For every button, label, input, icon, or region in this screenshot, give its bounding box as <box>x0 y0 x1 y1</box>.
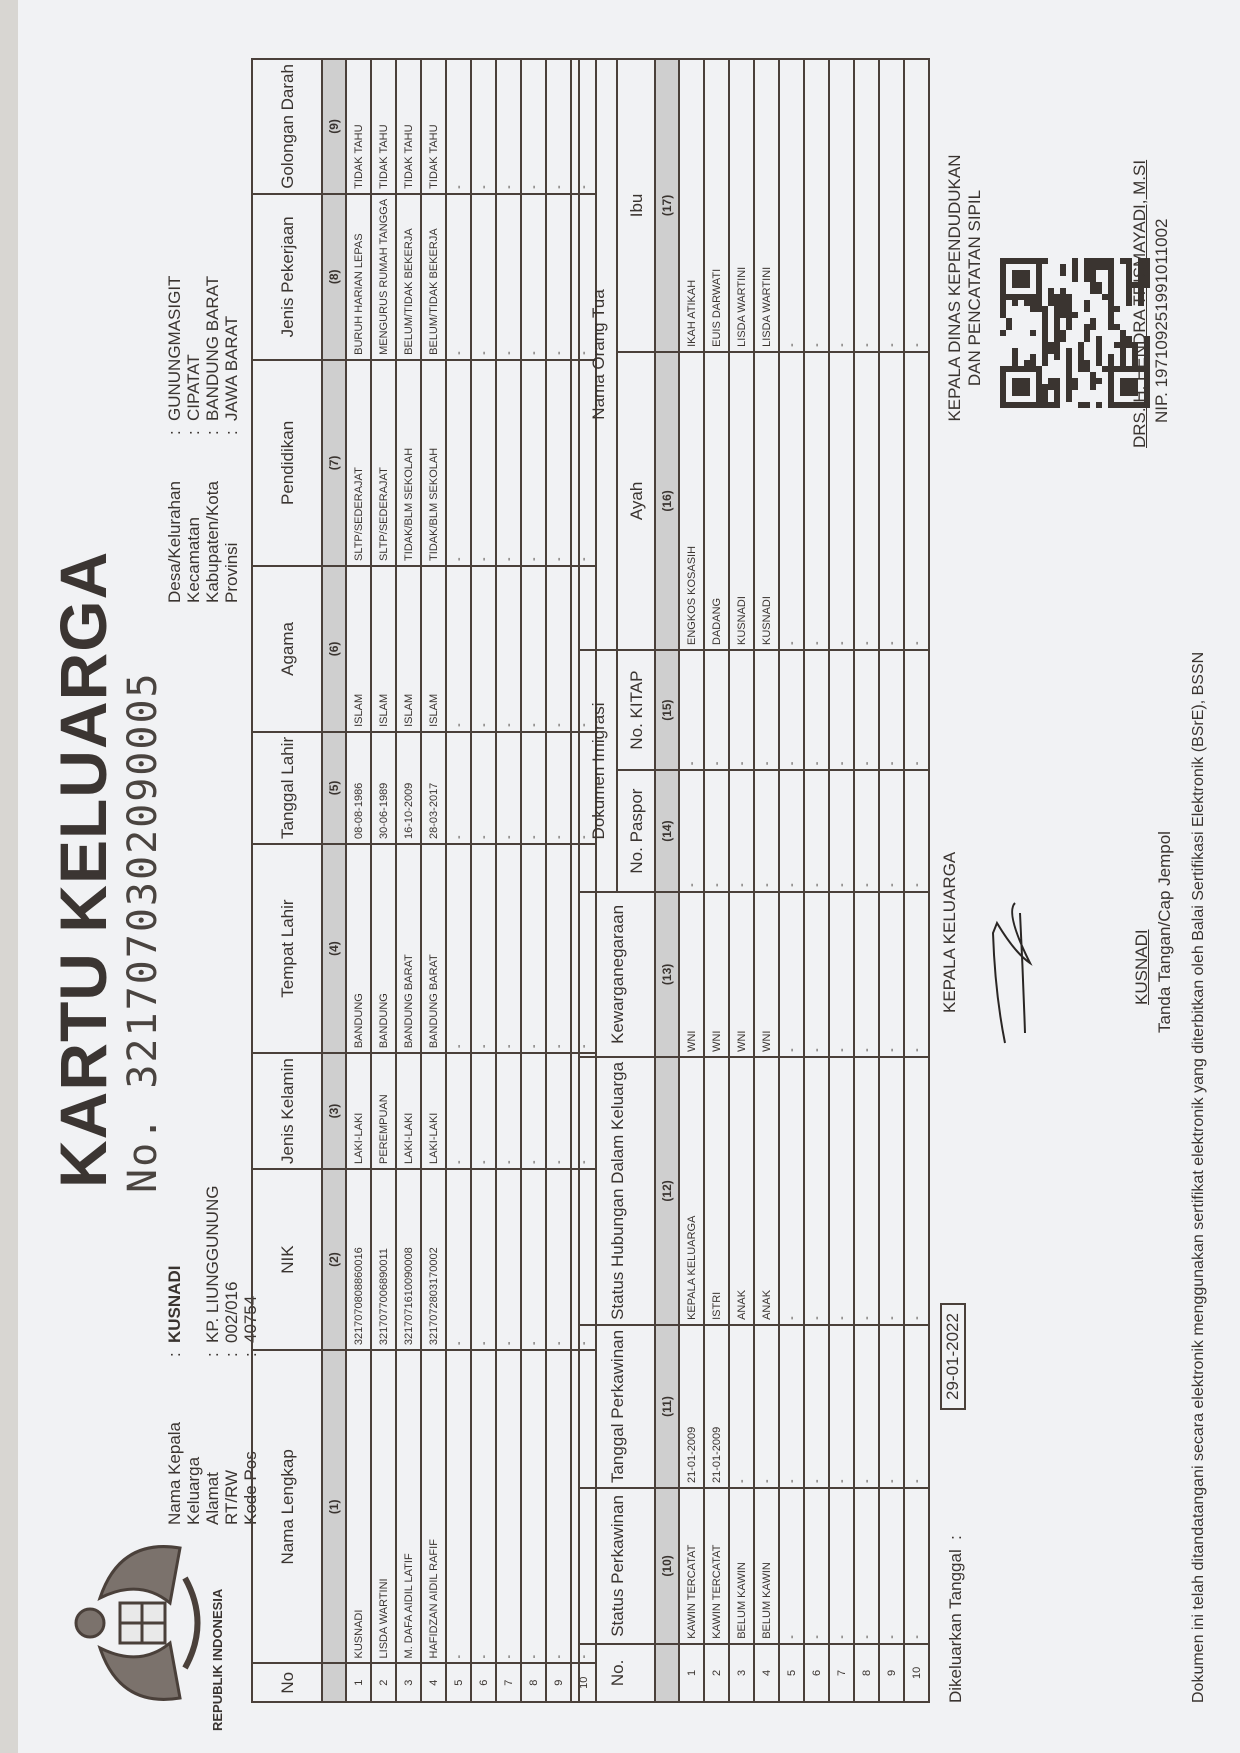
table-row: 1KUSNADI3217070808860016LAKI-LAKIBANDUNG… <box>346 59 371 1702</box>
table-cell: - <box>471 1053 496 1169</box>
table-cell: - <box>829 770 854 892</box>
table-cell: - <box>471 1169 496 1350</box>
table-cell: BANDUNG BARAT <box>396 844 421 1053</box>
table-row: 5--------- <box>446 59 471 1702</box>
family-members-table: NoNama LengkapNIKJenis KelaminTempat Lah… <box>251 58 597 1703</box>
col-header: Tanggal Perkawinan <box>579 1325 655 1488</box>
table-row: 3BELUM KAWIN-ANAKWNI--KUSNADILISDA WARTI… <box>729 59 754 1702</box>
info-row: Provinsi:JAWA BARAT <box>222 276 241 603</box>
table-cell: - <box>496 566 521 732</box>
table-cell: 6 <box>471 1663 496 1702</box>
table-cell: - <box>779 770 804 892</box>
table-cell: 7 <box>829 1644 854 1702</box>
head-sign-note: Tanda Tangan/Cap Jempol <box>1155 831 1175 1033</box>
head-of-family-title: KEPALA KELUARGA <box>940 852 960 1013</box>
table-cell: - <box>471 194 496 360</box>
col-number: (8) <box>322 194 346 360</box>
table-cell: - <box>804 892 829 1057</box>
table-cell: - <box>546 360 571 566</box>
table-cell: - <box>829 650 854 770</box>
info-label: Alamat <box>203 1357 222 1525</box>
table-cell: - <box>854 59 879 352</box>
table-cell: - <box>804 59 829 352</box>
table-row: 8--------- <box>521 59 546 1702</box>
table-cell: LISDA WARTINI <box>371 1350 396 1663</box>
e-signature-disclaimer: Dokumen ini telah ditandatangani secara … <box>1190 652 1208 1703</box>
table-cell: BELUM/TIDAK BEKERJA <box>421 194 446 360</box>
info-value: 002/016 <box>222 1282 241 1343</box>
page-title: KARTU KELUARGA <box>45 551 121 1188</box>
table-cell: - <box>446 1169 471 1350</box>
table-cell: - <box>779 892 804 1057</box>
table-cell: KEPALA KELUARGA <box>679 1057 704 1325</box>
table-row: 9-------- <box>879 59 904 1702</box>
table-cell: - <box>879 1325 904 1488</box>
info-label: Provinsi <box>222 435 241 603</box>
table-row: 7--------- <box>496 59 521 1702</box>
table-cell: - <box>546 732 571 844</box>
table-cell: - <box>471 566 496 732</box>
table-cell: - <box>446 360 471 566</box>
table-cell: WNI <box>729 892 754 1057</box>
col-number: (2) <box>322 1169 346 1350</box>
issued-date-label: Dikeluarkan Tanggal : <box>946 1535 966 1703</box>
table-cell: - <box>546 59 571 194</box>
table-cell: - <box>829 1488 854 1644</box>
info-colon: : <box>203 421 222 435</box>
col-number: (6) <box>322 566 346 732</box>
col-number: (16) <box>655 352 679 650</box>
col-header: Pendidikan <box>252 360 322 566</box>
table-cell: WNI <box>754 892 779 1057</box>
country-label: REPUBLIK INDONESIA <box>210 1589 225 1731</box>
table-row: 5-------- <box>779 59 804 1702</box>
col-header: NIK <box>252 1169 322 1350</box>
table-cell: - <box>446 194 471 360</box>
col-header: No. KITAP <box>617 650 655 770</box>
table-cell: - <box>471 732 496 844</box>
table-cell: - <box>546 1053 571 1169</box>
info-label: Nama Kepala Keluarga <box>165 1357 203 1525</box>
table-cell: - <box>854 650 879 770</box>
table-cell: BANDUNG BARAT <box>421 844 446 1053</box>
info-colon: : <box>203 1343 222 1357</box>
info-colon: : <box>165 421 184 435</box>
table-cell: MENGURUS RUMAH TANGGA <box>371 194 396 360</box>
table-cell: - <box>446 1350 471 1663</box>
table-cell: 28-03-2017 <box>421 732 446 844</box>
table-row: 4HAFIDZAN AIDIL RAFIF3217072803170002LAK… <box>421 59 446 1702</box>
table-cell: - <box>521 1053 546 1169</box>
table-cell: - <box>879 650 904 770</box>
info-colon: : <box>222 421 241 435</box>
table-cell: 7 <box>496 1663 521 1702</box>
table-cell: - <box>779 1325 804 1488</box>
table-cell: - <box>704 650 729 770</box>
table-cell: TIDAK TAHU <box>371 59 396 194</box>
info-row: Alamat:KP. LIUNGGUNUNG <box>203 1186 222 1525</box>
table-cell: - <box>904 1488 929 1644</box>
table-cell: - <box>496 844 521 1053</box>
table-cell: 3217071610090008 <box>396 1169 421 1350</box>
garuda-emblem-icon <box>60 1508 220 1738</box>
table-cell: 9 <box>879 1644 904 1702</box>
info-row: Kabupaten/Kota:BANDUNG BARAT <box>203 276 222 603</box>
table-cell: - <box>496 732 521 844</box>
table-cell: KUSNADI <box>729 352 754 650</box>
table-cell: LISDA WARTINI <box>754 59 779 352</box>
table-cell: - <box>804 1057 829 1325</box>
col-header: Golongan Darah <box>252 59 322 194</box>
col-number: (12) <box>655 1057 679 1325</box>
table-cell: - <box>521 360 546 566</box>
table-cell: KAWIN TERCATAT <box>704 1488 729 1644</box>
table-cell: - <box>904 1325 929 1488</box>
table-cell: - <box>904 352 929 650</box>
col-header: No <box>252 1663 322 1702</box>
table-cell: HAFIDZAN AIDIL RAFIF <box>421 1350 446 1663</box>
table-cell: - <box>471 360 496 566</box>
col-header: Jenis Kelamin <box>252 1053 322 1169</box>
table-cell: - <box>496 1350 521 1663</box>
table-cell: SLTP/SEDERAJAT <box>371 360 396 566</box>
table-cell: - <box>854 1325 879 1488</box>
table-cell: - <box>879 1488 904 1644</box>
table-cell: - <box>446 844 471 1053</box>
table-cell: - <box>704 770 729 892</box>
table-cell: BELUM KAWIN <box>754 1488 779 1644</box>
col-number: (9) <box>322 59 346 194</box>
table-row: 10-------- <box>904 59 929 1702</box>
table-cell: - <box>879 892 904 1057</box>
col-number: (10) <box>655 1488 679 1644</box>
table-cell: 16-10-2009 <box>396 732 421 844</box>
table-cell: 6 <box>804 1644 829 1702</box>
table-cell: - <box>879 59 904 352</box>
family-status-table: No. Status Perkawinan Tanggal Perkawinan… <box>578 58 930 1703</box>
info-row: Nama Kepala Keluarga:KUSNADI <box>165 1186 203 1525</box>
table-cell: 3217070808860016 <box>346 1169 371 1350</box>
table-cell: - <box>754 650 779 770</box>
table-cell: 21-01-2009 <box>679 1325 704 1488</box>
info-row: RT/RW:002/016 <box>222 1186 241 1525</box>
col-header: Tempat Lahir <box>252 844 322 1053</box>
table-cell: 21-01-2009 <box>704 1325 729 1488</box>
table-cell: 3 <box>396 1663 421 1702</box>
table-row: 3M. DAFA AIDIL LATIF3217071610090008LAKI… <box>396 59 421 1702</box>
table-cell: ANAK <box>729 1057 754 1325</box>
table-cell: - <box>779 59 804 352</box>
table-cell: - <box>854 892 879 1057</box>
table-cell: - <box>521 844 546 1053</box>
official-nip: NIP. 197109251991011002 <box>1152 218 1172 423</box>
table-cell: - <box>904 892 929 1057</box>
table-cell: - <box>679 770 704 892</box>
table-cell: - <box>804 352 829 650</box>
table-cell: 2 <box>704 1644 729 1702</box>
table-cell: TIDAK/BLM SEKOLAH <box>396 360 421 566</box>
table-cell: 3217077006890011 <box>371 1169 396 1350</box>
table-cell: M. DAFA AIDIL LATIF <box>396 1350 421 1663</box>
table-cell: ISTRI <box>704 1057 729 1325</box>
table-cell: 30-06-1989 <box>371 732 396 844</box>
household-info-right: Desa/Kelurahan:GUNUNGMASIGITKecamatan:CI… <box>165 276 241 603</box>
table-cell: - <box>879 352 904 650</box>
info-label: Kecamatan <box>184 435 203 603</box>
table-cell: - <box>521 194 546 360</box>
table-cell: ISLAM <box>396 566 421 732</box>
table-cell: IKAH ATIKAH <box>679 59 704 352</box>
head-of-family-name: KUSNADI <box>1132 929 1152 1005</box>
info-colon: : <box>165 1343 203 1357</box>
col-number: (5) <box>322 732 346 844</box>
kk-number: No. 3217070302090005 <box>120 671 166 1193</box>
table-cell: - <box>446 566 471 732</box>
table-row: 8-------- <box>854 59 879 1702</box>
table-cell: 5 <box>446 1663 471 1702</box>
table-cell: - <box>729 1325 754 1488</box>
col-number: (15) <box>655 650 679 770</box>
table-cell: TIDAK TAHU <box>396 59 421 194</box>
table-cell: BELUM KAWIN <box>729 1488 754 1644</box>
table-cell: - <box>546 194 571 360</box>
col-number: (7) <box>322 360 346 566</box>
table-cell: - <box>546 1169 571 1350</box>
table-cell: - <box>679 650 704 770</box>
table-cell: - <box>546 566 571 732</box>
table-cell: - <box>729 650 754 770</box>
table-cell: WNI <box>679 892 704 1057</box>
table-cell: - <box>854 1488 879 1644</box>
table-cell: 1 <box>346 1663 371 1702</box>
table-cell: - <box>829 1325 854 1488</box>
info-value: JAWA BARAT <box>222 316 241 421</box>
col-number: (4) <box>322 844 346 1053</box>
table-cell: TIDAK/BLM SEKOLAH <box>421 360 446 566</box>
table-cell: - <box>854 1057 879 1325</box>
table-row: 9--------- <box>546 59 571 1702</box>
table-cell: TIDAK TAHU <box>346 59 371 194</box>
table-cell: 8 <box>521 1663 546 1702</box>
issued-date: 29-01-2022 <box>940 1303 966 1410</box>
col-number: (14) <box>655 770 679 892</box>
table-cell: DADANG <box>704 352 729 650</box>
col-number: (11) <box>655 1325 679 1488</box>
table-cell: - <box>904 59 929 352</box>
table-cell: - <box>546 844 571 1053</box>
info-row: Desa/Kelurahan:GUNUNGMASIGIT <box>165 276 184 603</box>
table-cell: PEREMPUAN <box>371 1053 396 1169</box>
table-cell: ISLAM <box>346 566 371 732</box>
info-row: Kecamatan:CIPATAT <box>184 276 203 603</box>
table-cell: - <box>521 59 546 194</box>
table-cell: - <box>804 1488 829 1644</box>
table-row: 2KAWIN TERCATAT21-01-2009ISTRIWNI--DADAN… <box>704 59 729 1702</box>
table-cell: 4 <box>754 1644 779 1702</box>
col-number: (17) <box>655 59 679 352</box>
table-cell: 08-08-1986 <box>346 732 371 844</box>
table-cell: - <box>854 770 879 892</box>
info-colon: : <box>184 421 203 435</box>
table-cell: - <box>804 770 829 892</box>
table-cell: ISLAM <box>421 566 446 732</box>
info-value: CIPATAT <box>184 354 203 421</box>
table-cell: 3 <box>729 1644 754 1702</box>
col-header: Ibu <box>617 59 655 352</box>
col-header: No. Paspor <box>617 770 655 892</box>
table-cell: - <box>904 650 929 770</box>
info-value: BANDUNG BARAT <box>203 276 222 421</box>
table-cell: - <box>496 1169 521 1350</box>
info-colon: : <box>222 1343 241 1357</box>
table-cell: BANDUNG <box>346 844 371 1053</box>
table-row: 7-------- <box>829 59 854 1702</box>
official-title: KEPALA DINAS KEPENDUDUKAN DAN PENCATATAN… <box>945 148 985 428</box>
signature-image <box>975 853 1045 1053</box>
col-number <box>655 1644 679 1702</box>
table-cell: - <box>521 732 546 844</box>
table-cell: TIDAK TAHU <box>421 59 446 194</box>
table-cell: ISLAM <box>371 566 396 732</box>
table-cell: - <box>546 1350 571 1663</box>
col-header: Tanggal Lahir <box>252 732 322 844</box>
info-label: Desa/Kelurahan <box>165 435 184 603</box>
table-cell: KAWIN TERCATAT <box>679 1488 704 1644</box>
table-cell: - <box>496 360 521 566</box>
table-cell: KUSNADI <box>346 1350 371 1663</box>
group-header-parents: Nama Orang Tua <box>579 59 617 650</box>
table-row: 4BELUM KAWIN-ANAKWNI--KUSNADILISDA WARTI… <box>754 59 779 1702</box>
col-header: Ayah <box>617 352 655 650</box>
table-cell: - <box>804 650 829 770</box>
table-cell: 3217072803170002 <box>421 1169 446 1350</box>
group-header-immigration: Dokumen Imigrasi <box>579 650 617 892</box>
col-number <box>322 1663 346 1702</box>
table-cell: - <box>729 770 754 892</box>
info-value: KUSNADI <box>165 1266 203 1343</box>
info-value: GUNUNGMASIGIT <box>165 276 184 421</box>
table-cell: - <box>521 566 546 732</box>
table-cell: - <box>829 352 854 650</box>
table-cell: EUIS DARWATI <box>704 59 729 352</box>
col-header: Status Perkawinan <box>579 1488 655 1644</box>
table-cell: - <box>471 59 496 194</box>
table-cell: 8 <box>854 1644 879 1702</box>
col-header: Kewarganegaraan <box>579 892 655 1057</box>
table-row: 2LISDA WARTINI3217077006890011PEREMPUANB… <box>371 59 396 1702</box>
col-header: Agama <box>252 566 322 732</box>
col-number: (13) <box>655 892 679 1057</box>
table-cell: LAKI-LAKI <box>396 1053 421 1169</box>
table-cell: - <box>446 732 471 844</box>
col-number: (3) <box>322 1053 346 1169</box>
col-header: Status Hubungan Dalam Keluarga <box>579 1057 655 1325</box>
table-cell: - <box>854 352 879 650</box>
table-cell: 2 <box>371 1663 396 1702</box>
table-cell: BANDUNG <box>371 844 396 1053</box>
official-name: DRS. H. HENDRA TRISMAYADI, M.SI <box>1130 160 1150 448</box>
table-cell: ENGKOS KOSASIH <box>679 352 704 650</box>
table-cell: - <box>446 59 471 194</box>
table-cell: - <box>754 1325 779 1488</box>
table-cell: - <box>879 1057 904 1325</box>
col-number: (1) <box>322 1350 346 1663</box>
table-cell: 10 <box>904 1644 929 1702</box>
table-cell: - <box>779 1057 804 1325</box>
info-label: Kabupaten/Kota <box>203 435 222 603</box>
table-cell: SLTP/SEDERAJAT <box>346 360 371 566</box>
qr-code <box>1000 258 1150 408</box>
table-cell: - <box>904 770 929 892</box>
table-cell: BURUH HARIAN LEPAS <box>346 194 371 360</box>
table-cell: LAKI-LAKI <box>346 1053 371 1169</box>
table-cell: - <box>471 1350 496 1663</box>
table-cell: LISDA WARTINI <box>729 59 754 352</box>
table-cell: KUSNADI <box>754 352 779 650</box>
table-row: 6--------- <box>471 59 496 1702</box>
table-cell: - <box>471 844 496 1053</box>
kartu-keluarga-document: REPUBLIK INDONESIA KARTU KELUARGA No. 32… <box>0 0 1240 1753</box>
info-value: KP. LIUNGGUNUNG <box>203 1186 222 1343</box>
table-cell: - <box>446 1053 471 1169</box>
table-cell: - <box>779 650 804 770</box>
table-cell: 1 <box>679 1644 704 1702</box>
household-info-left: Nama Kepala Keluarga:KUSNADIAlamat:KP. L… <box>165 1186 260 1525</box>
table-cell: 5 <box>779 1644 804 1702</box>
info-label: RT/RW <box>222 1357 241 1525</box>
table-cell: ANAK <box>754 1057 779 1325</box>
table-cell: - <box>829 892 854 1057</box>
table-cell: - <box>521 1350 546 1663</box>
table-cell: - <box>879 770 904 892</box>
table-cell: - <box>904 1057 929 1325</box>
table-cell: - <box>496 194 521 360</box>
table-cell: - <box>804 1325 829 1488</box>
table-cell: WNI <box>704 892 729 1057</box>
col-header: No. <box>579 1644 655 1702</box>
col-header: Nama Lengkap <box>252 1350 322 1663</box>
table-cell: - <box>496 59 521 194</box>
table-cell: - <box>496 1053 521 1169</box>
table-cell: - <box>521 1169 546 1350</box>
table-cell: - <box>829 1057 854 1325</box>
table-cell: BELUM/TIDAK BEKERJA <box>396 194 421 360</box>
table-cell: - <box>829 59 854 352</box>
col-header: Jenis Pekerjaan <box>252 194 322 360</box>
table-cell: 4 <box>421 1663 446 1702</box>
table-row: 6-------- <box>804 59 829 1702</box>
table-cell: 9 <box>546 1663 571 1702</box>
table-cell: LAKI-LAKI <box>421 1053 446 1169</box>
table-cell: - <box>779 352 804 650</box>
table-cell: - <box>754 770 779 892</box>
table-row: 1KAWIN TERCATAT21-01-2009KEPALA KELUARGA… <box>679 59 704 1702</box>
table-cell: - <box>779 1488 804 1644</box>
